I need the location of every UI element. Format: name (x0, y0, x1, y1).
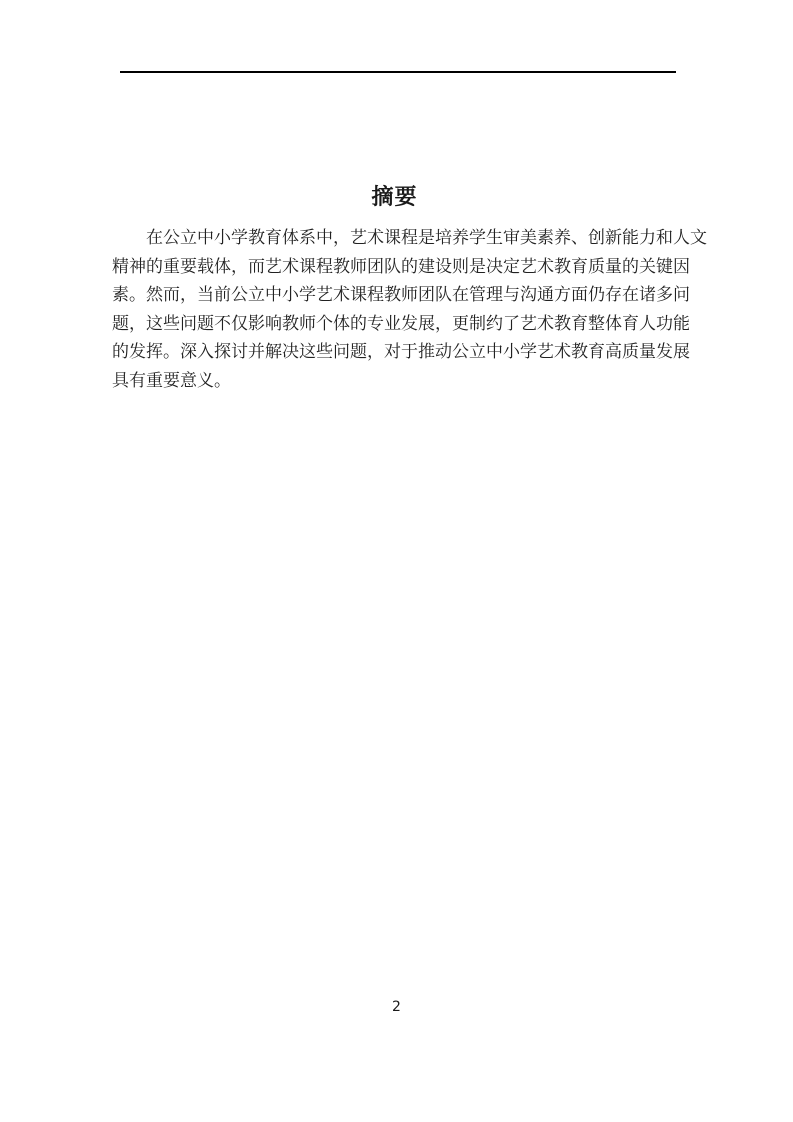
abstract-line-4: 题，这些问题不仅影响教师个体的专业发展，更制约了艺术教育整体育人功能 (112, 310, 677, 339)
document-page: 摘要 在公立中小学教育体系中，艺术课程是培养学生审美素养、创新能力和人文 精神的… (0, 0, 793, 1122)
abstract-line-2: 精神的重要载体，而艺术课程教师团队的建设则是决定艺术教育质量的关键因 (112, 253, 677, 282)
header-rule (120, 71, 676, 73)
abstract-line-3: 素。然而，当前公立中小学艺术课程教师团队在管理与沟通方面仍存在诸多问 (112, 281, 677, 310)
abstract-title: 摘要 (112, 183, 677, 213)
abstract-line-1: 在公立中小学教育体系中，艺术课程是培养学生审美素养、创新能力和人文 (112, 224, 677, 253)
abstract-line-6: 具有重要意义。 (112, 367, 677, 396)
abstract-line-5: 的发挥。深入探讨并解决这些问题，对于推动公立中小学艺术教育高质量发展 (112, 338, 677, 367)
abstract-paragraph: 在公立中小学教育体系中，艺术课程是培养学生审美素养、创新能力和人文 精神的重要载… (112, 224, 677, 395)
page-number: 2 (0, 998, 793, 1016)
